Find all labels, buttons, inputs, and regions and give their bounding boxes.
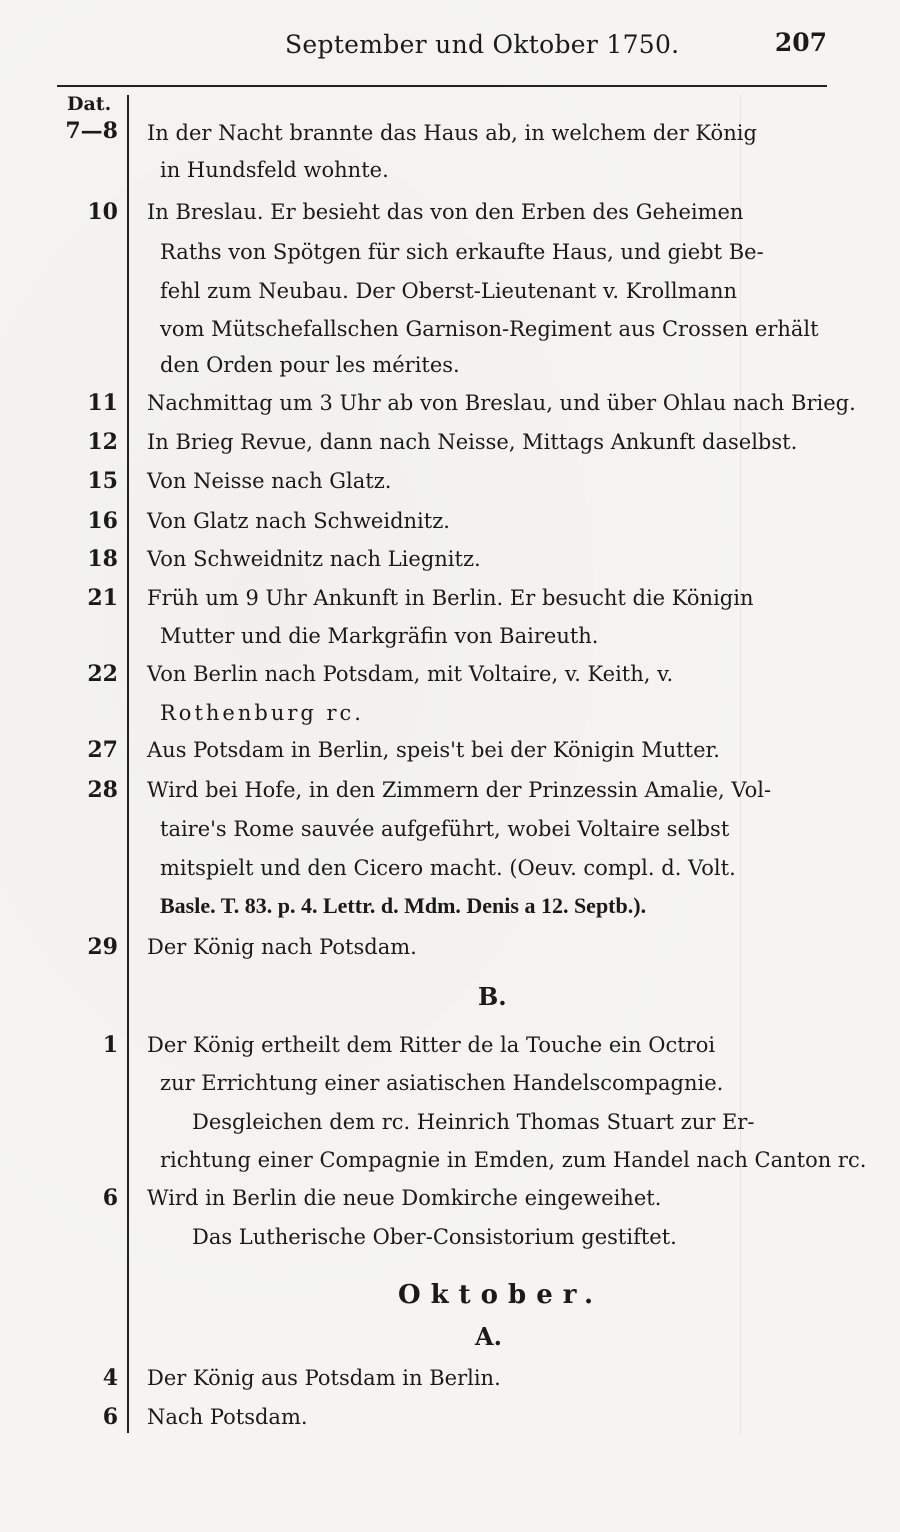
entry-line: fehl zum Neubau. Der Oberst-Lieutenant v… [160, 276, 737, 306]
entry-line: richtung einer Compagnie in Emden, zum H… [160, 1145, 866, 1175]
entry-line: in Hundsfeld wohnte. [160, 155, 389, 185]
entry-date: 7—8 [65, 116, 118, 146]
entry-line: Das Lutherische Ober-Consistorium gestif… [192, 1222, 677, 1252]
entry-line: In Breslau. Er besieht das von den Erben… [147, 197, 743, 227]
header-rule [57, 85, 827, 87]
entry-line: zur Errichtung einer asiatischen Handels… [160, 1068, 723, 1098]
entry-date: 6 [103, 1183, 118, 1213]
entry-line: In der Nacht brannte das Haus ab, in wel… [147, 118, 757, 148]
entry-date: 15 [87, 466, 118, 496]
entry-line: Früh um 9 Uhr Ankunft in Berlin. Er besu… [147, 583, 753, 613]
date-column-label: Dat. [67, 93, 111, 115]
entry-line: Nachmittag um 3 Uhr ab von Breslau, und … [147, 388, 856, 418]
entry-line: In Brieg Revue, dann nach Neisse, Mittag… [147, 427, 797, 457]
date-column-rule [127, 95, 129, 1433]
entry-line: Der König aus Potsdam in Berlin. [147, 1363, 501, 1393]
entry-date: 18 [87, 544, 118, 574]
entry-date: 12 [87, 427, 118, 457]
running-title: September und Oktober 1750. [285, 30, 679, 59]
entry-line: Von Schweidnitz nach Liegnitz. [147, 544, 481, 574]
entry-date: 1 [103, 1030, 118, 1060]
entry-date: 27 [87, 735, 118, 765]
entry-line: Von Berlin nach Potsdam, mit Voltaire, v… [147, 659, 673, 689]
section-heading: B. [478, 982, 507, 1012]
entry-line: Wird bei Hofe, in den Zimmern der Prinze… [147, 775, 771, 805]
month-heading: Oktober. [398, 1280, 603, 1310]
entry-line: Aus Potsdam in Berlin, speis't bei der K… [147, 735, 720, 765]
book-page: September und Oktober 1750. 207 Dat. 7—8… [0, 0, 900, 1532]
entry-line: Von Glatz nach Schweidnitz. [147, 506, 450, 536]
entry-line: taire's Rome sauvée aufgeführt, wobei Vo… [160, 814, 729, 844]
entry-date: 4 [103, 1363, 118, 1393]
entry-date: 16 [87, 506, 118, 536]
entry-date: 28 [87, 775, 118, 805]
entry-line: Von Neisse nach Glatz. [147, 466, 391, 496]
entry-line: Mutter und die Markgräfin von Baireuth. [160, 621, 598, 651]
entry-line: Rothenburg rc. [160, 698, 364, 728]
entry-line: Nach Potsdam. [147, 1402, 308, 1432]
section-heading: A. [475, 1322, 502, 1352]
entry-date: 11 [87, 388, 118, 418]
entry-date: 10 [87, 197, 118, 227]
entry-line: Wird in Berlin die neue Domkirche eingew… [147, 1183, 661, 1213]
entry-line: Basle. T. 83. p. 4. Lettr. d. Mdm. Denis… [160, 891, 646, 921]
entry-line: Der König nach Potsdam. [147, 932, 417, 962]
page-number: 207 [775, 28, 827, 57]
page-header: September und Oktober 1750. 207 [55, 22, 827, 72]
entry-line: den Orden pour les mérites. [160, 350, 460, 380]
entry-line: mitspielt und den Cicero macht. (Oeuv. c… [160, 853, 736, 883]
entry-date: 6 [103, 1402, 118, 1432]
entry-date: 21 [87, 583, 118, 613]
bleed-through-rule [740, 95, 741, 1435]
entry-line: Raths von Spötgen für sich erkaufte Haus… [160, 237, 764, 267]
entry-line: vom Mütschefallschen Garnison-Regiment a… [160, 314, 819, 344]
entry-date: 22 [87, 659, 118, 689]
entry-line: Desgleichen dem rc. Heinrich Thomas Stua… [192, 1107, 754, 1137]
entry-date: 29 [87, 932, 118, 962]
entry-line: Der König ertheilt dem Ritter de la Touc… [147, 1030, 715, 1060]
